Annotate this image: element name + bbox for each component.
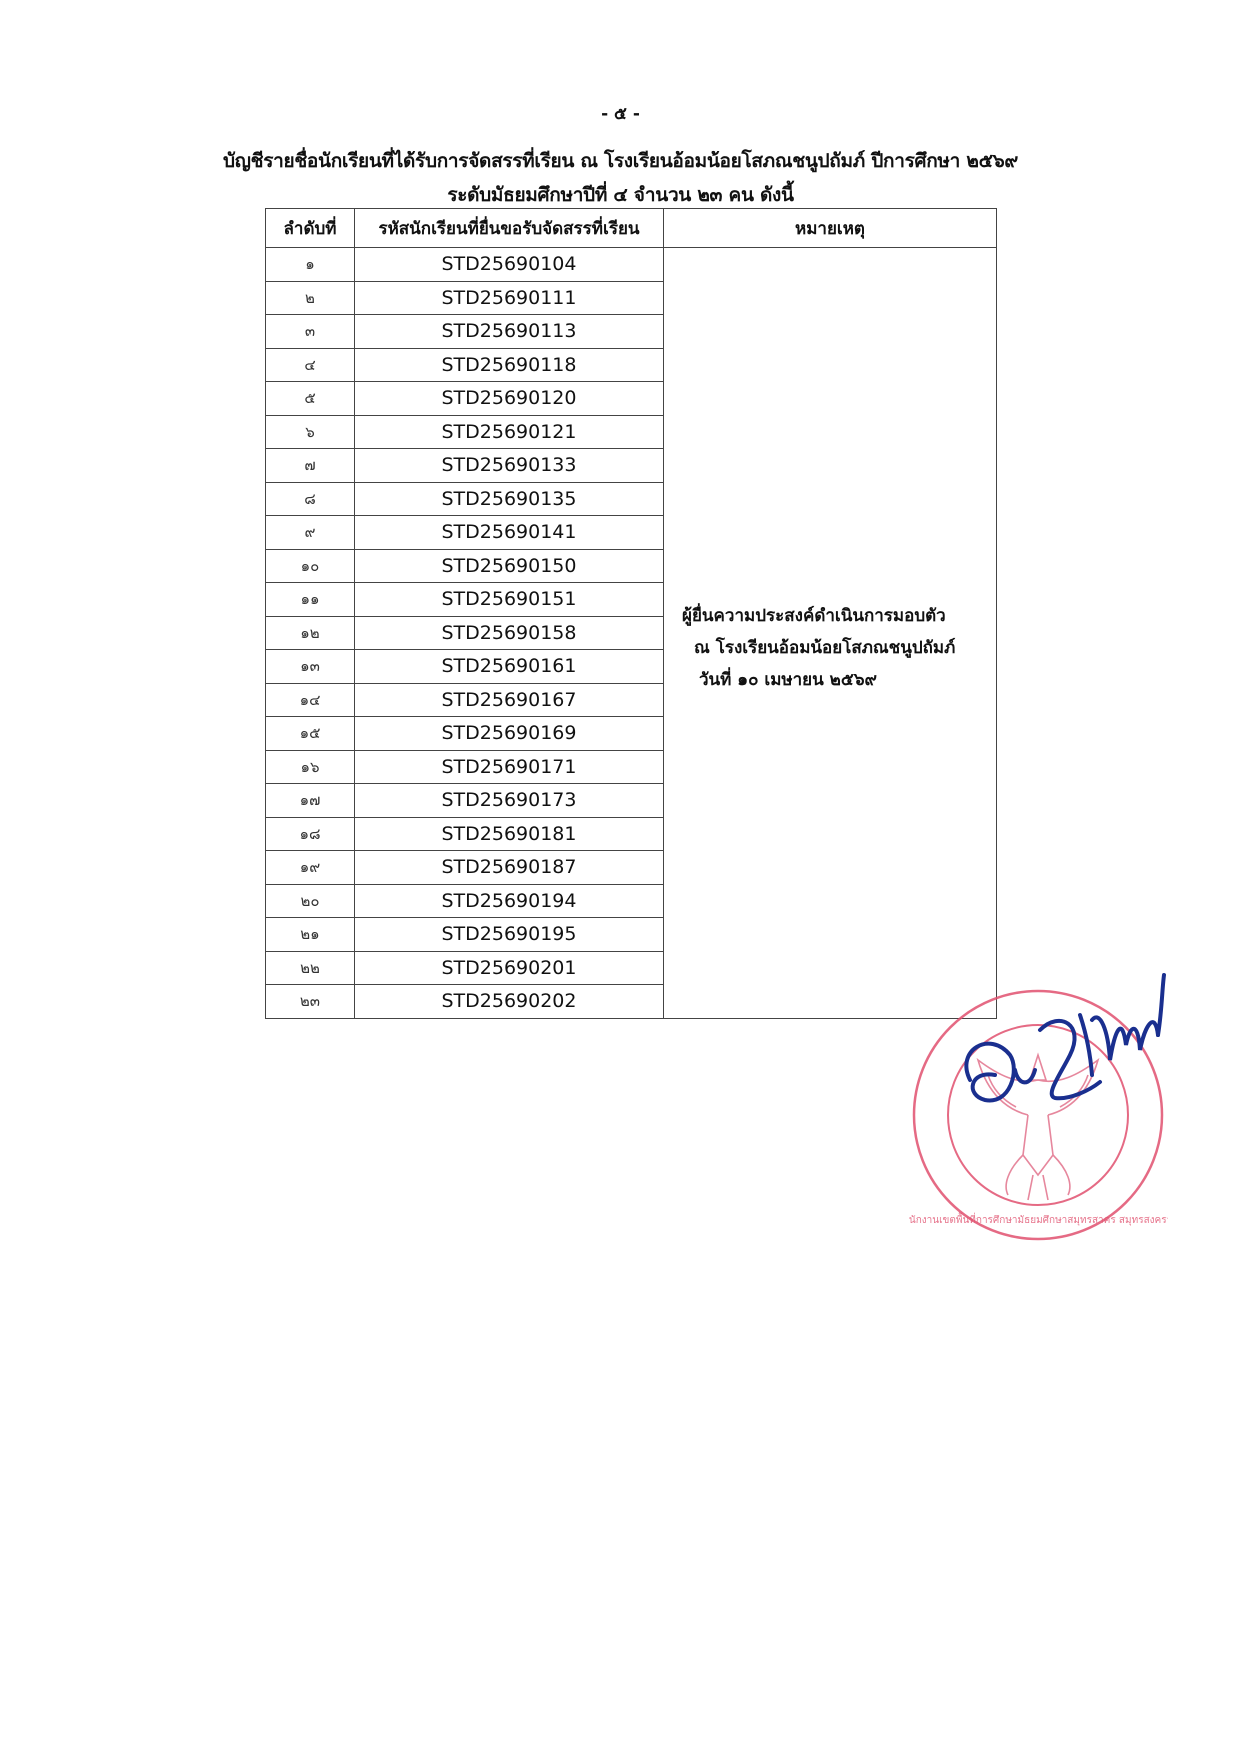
row-number: ๑๙ (266, 851, 355, 885)
row-number: ๖ (266, 415, 355, 449)
student-id: STD25690135 (355, 482, 664, 516)
row-number: ๑๕ (266, 717, 355, 751)
row-number: ๘ (266, 482, 355, 516)
student-id: STD25690187 (355, 851, 664, 885)
row-number: ๔ (266, 348, 355, 382)
row-number: ๕ (266, 382, 355, 416)
student-id: STD25690201 (355, 951, 664, 985)
page-number: - ๕ - (0, 100, 1241, 127)
row-number: ๒๐ (266, 884, 355, 918)
row-number: ๑๒ (266, 616, 355, 650)
student-id: STD25690120 (355, 382, 664, 416)
student-id: STD25690133 (355, 449, 664, 483)
table-row: ๑STD25690104ผู้ยื่นความประสงค์ดำเนินการม… (266, 248, 997, 282)
row-number: ๑๘ (266, 817, 355, 851)
svg-text:สำนักงานเขตพื้นที่การศึกษามัธย: สำนักงานเขตพื้นที่การศึกษามัธยมศึกษาสมุท… (908, 1212, 1168, 1226)
student-id: STD25690158 (355, 616, 664, 650)
student-id: STD25690194 (355, 884, 664, 918)
row-number: ๒๓ (266, 985, 355, 1019)
row-number: ๑๔ (266, 683, 355, 717)
row-number: ๙ (266, 516, 355, 550)
row-number: ๒ (266, 281, 355, 315)
student-id: STD25690202 (355, 985, 664, 1019)
header-student-id: รหัสนักเรียนที่ยื่นขอรับจัดสรรที่เรียน (355, 209, 664, 248)
student-id: STD25690169 (355, 717, 664, 751)
row-number: ๑๐ (266, 549, 355, 583)
remark-cell: ผู้ยื่นความประสงค์ดำเนินการมอบตัวณ โรงเร… (664, 248, 997, 1019)
remark-line: วันที่ ๑๐ เมษายน ๒๕๖๙ (664, 664, 996, 696)
header-remark: หมายเหตุ (664, 209, 997, 248)
student-id: STD25690173 (355, 784, 664, 818)
row-number: ๒๑ (266, 918, 355, 952)
student-id: STD25690111 (355, 281, 664, 315)
student-id: STD25690118 (355, 348, 664, 382)
student-id: STD25690171 (355, 750, 664, 784)
student-id: STD25690104 (355, 248, 664, 282)
student-id: STD25690151 (355, 583, 664, 617)
student-id: STD25690181 (355, 817, 664, 851)
signature-icon (950, 970, 1180, 1140)
student-allocation-table: ลำดับที่ รหัสนักเรียนที่ยื่นขอรับจัดสรรท… (265, 208, 997, 1019)
student-id: STD25690161 (355, 650, 664, 684)
student-id: STD25690150 (355, 549, 664, 583)
student-id: STD25690113 (355, 315, 664, 349)
row-number: ๗ (266, 449, 355, 483)
remark-line: ผู้ยื่นความประสงค์ดำเนินการมอบตัว (664, 600, 996, 632)
row-number: ๓ (266, 315, 355, 349)
row-number: ๒๒ (266, 951, 355, 985)
header-no: ลำดับที่ (266, 209, 355, 248)
document-subtitle: ระดับมัธยมศึกษาปีที่ ๔ จำนวน ๒๓ คน ดังนี… (0, 180, 1241, 210)
student-id: STD25690121 (355, 415, 664, 449)
student-id: STD25690141 (355, 516, 664, 550)
row-number: ๑ (266, 248, 355, 282)
student-id: STD25690195 (355, 918, 664, 952)
student-id: STD25690167 (355, 683, 664, 717)
row-number: ๑๑ (266, 583, 355, 617)
row-number: ๑๗ (266, 784, 355, 818)
document-title: บัญชีรายชื่อนักเรียนที่ได้รับการจัดสรรที… (0, 146, 1241, 176)
row-number: ๑๓ (266, 650, 355, 684)
row-number: ๑๖ (266, 750, 355, 784)
remark-line: ณ โรงเรียนอ้อมน้อยโสภณชนูปถัมภ์ (664, 632, 996, 664)
table-header-row: ลำดับที่ รหัสนักเรียนที่ยื่นขอรับจัดสรรท… (266, 209, 997, 248)
